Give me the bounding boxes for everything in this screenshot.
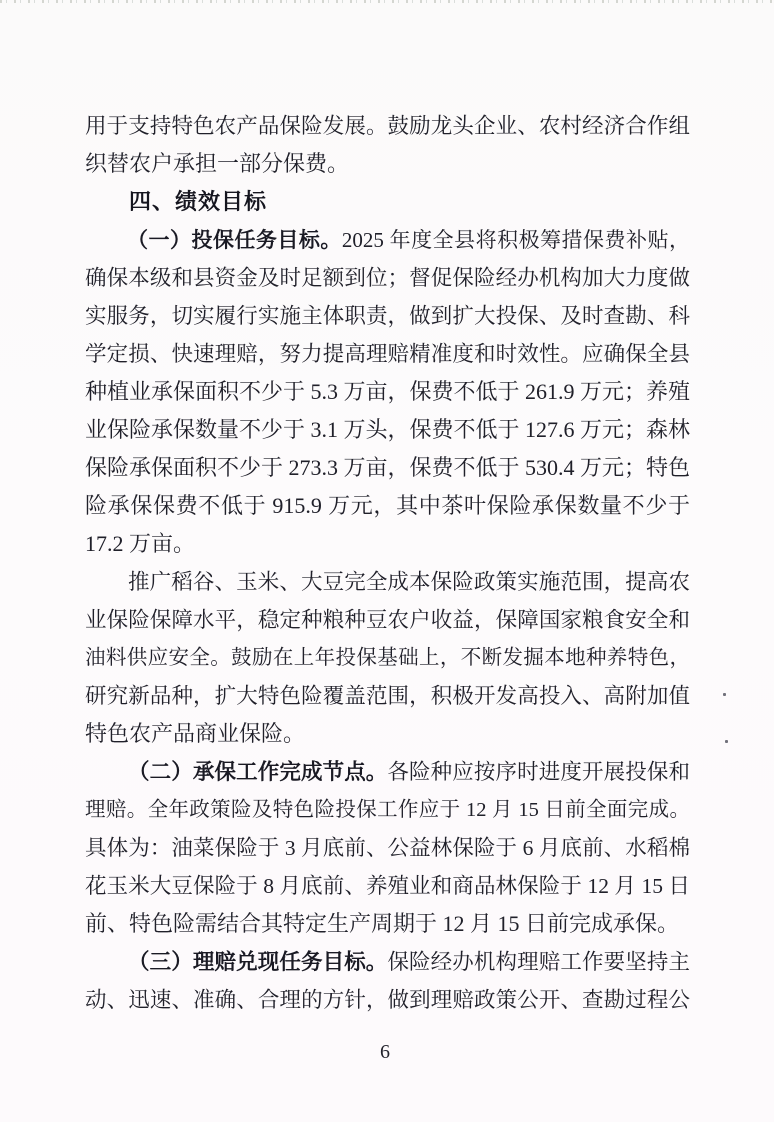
text-run: 具体为：油菜保险于 3 月底前、公益林保险于 6 月底前、水稻棉 <box>85 836 690 860</box>
text-run: 确保本级和县资金及时足额到位；督促保险经办机构加大力度做 <box>85 266 690 290</box>
text-run: 2025 年度全县将积极筹措保费补贴， <box>342 228 690 252</box>
text-run: 业保险保障水平，稳定种粮种豆农户收益，保障国家粮食安全和 <box>85 608 690 632</box>
text-line: 织替农户承担一部分保费。 <box>85 145 690 183</box>
text-run: 保险承保面积不少于 273.3 万亩，保费不低于 530.4 万元；特色 <box>85 455 690 480</box>
text-run: 实服务，切实履行实施主体职责，做到扩大投保、及时查勘、科 <box>85 304 690 328</box>
text-run: 业保险承保数量不少于 3.1 万头，保费不低于 127.6 万元；森林 <box>85 417 690 442</box>
text-line: 花玉米大豆保险于 8 月底前、养殖业和商品林保险于 12 月 15 日 <box>85 867 690 905</box>
text-line: 动、迅速、准确、合理的方针，做到理赔政策公开、查勘过程公 <box>85 981 690 1019</box>
text-line: 理赔。全年政策险及特色险投保工作应于 12 月 15 日前全面完成。 <box>85 791 690 829</box>
bold-run: （一）投保任务目标。 <box>127 228 342 252</box>
text-line: 学定损、快速理赔，努力提高理赔精准度和时效性。应确保全县 <box>85 335 690 373</box>
text-run: 种植业承保面积不少于 5.3 万亩，保费不低于 261.9 万元；养殖 <box>85 379 690 404</box>
text-line: 保险承保面积不少于 273.3 万亩，保费不低于 530.4 万元；特色 <box>85 449 690 487</box>
text-line: 险承保保费不低于 915.9 万元，其中茶叶保险承保数量不少于 <box>85 487 690 525</box>
text-line: 特色农产品商业保险。 <box>85 715 690 753</box>
text-line: 前、特色险需结合其特定生产周期于 12 月 15 日前完成承保。 <box>85 905 690 943</box>
text-run: 17.2 万亩。 <box>85 531 195 556</box>
text-line: （三）理赔兑现任务目标。保险经办机构理赔工作要坚持主 <box>85 943 690 981</box>
text-run: 织替农户承担一部分保费。 <box>85 151 349 176</box>
text-line: （一）投保任务目标。2025 年度全县将积极筹措保费补贴， <box>85 221 690 259</box>
text-run: 推广稻谷、玉米、大豆完全成本保险政策实施范围，提高农 <box>128 570 690 594</box>
text-line: 业保险承保数量不少于 3.1 万头，保费不低于 127.6 万元；森林 <box>85 411 690 449</box>
bold-run: 四、绩效目标 <box>129 189 267 214</box>
scan-speck <box>725 740 728 743</box>
text-run: 理赔。全年政策险及特色险投保工作应于 12 月 15 日前全面完成。 <box>85 799 690 821</box>
page-number: 6 <box>0 1040 770 1064</box>
text-line: 具体为：油菜保险于 3 月底前、公益林保险于 6 月底前、水稻棉 <box>85 829 690 867</box>
text-run: 油料供应安全。鼓励在上年投保基础上，不断发掘本地种养特色， <box>85 647 690 669</box>
text-run: 用于支持特色农产品保险发展。鼓励龙头企业、农村经济合作组 <box>85 114 690 138</box>
text-run: 保险经办机构理赔工作要坚持主 <box>387 950 690 974</box>
document-body: 用于支持特色农产品保险发展。鼓励龙头企业、农村经济合作组织替农户承担一部分保费。… <box>85 107 690 1019</box>
text-line: 油料供应安全。鼓励在上年投保基础上，不断发掘本地种养特色， <box>85 639 690 677</box>
bold-run: （二）承保工作完成节点。 <box>128 760 387 784</box>
text-line: 实服务，切实履行实施主体职责，做到扩大投保、及时查勘、科 <box>85 297 690 335</box>
scan-noise-edge <box>0 0 774 3</box>
text-run: 研究新品种，扩大特色险覆盖范围，积极开发高投入、高附加值 <box>85 684 690 708</box>
text-run: 各险种应按序时进度开展投保和 <box>387 760 690 784</box>
text-run: 学定损、快速理赔，努力提高理赔精准度和时效性。应确保全县 <box>85 342 690 366</box>
text-line: 业保险保障水平，稳定种粮种豆农户收益，保障国家粮食安全和 <box>85 601 690 639</box>
text-run: 特色农产品商业保险。 <box>85 721 305 746</box>
document-page: 用于支持特色农产品保险发展。鼓励龙头企业、农村经济合作组织替农户承担一部分保费。… <box>0 0 774 1122</box>
text-run: 花玉米大豆保险于 8 月底前、养殖业和商品林保险于 12 月 15 日 <box>85 874 690 898</box>
scan-speck <box>723 693 726 696</box>
text-line: 种植业承保面积不少于 5.3 万亩，保费不低于 261.9 万元；养殖 <box>85 373 690 411</box>
section-heading: 四、绩效目标 <box>85 183 690 221</box>
bold-run: （三）理赔兑现任务目标。 <box>128 950 387 974</box>
text-line: （二）承保工作完成节点。各险种应按序时进度开展投保和 <box>85 753 690 791</box>
text-line: 推广稻谷、玉米、大豆完全成本保险政策实施范围，提高农 <box>85 563 690 601</box>
text-line: 确保本级和县资金及时足额到位；督促保险经办机构加大力度做 <box>85 259 690 297</box>
text-line: 用于支持特色农产品保险发展。鼓励龙头企业、农村经济合作组 <box>85 107 690 145</box>
text-line: 17.2 万亩。 <box>85 525 690 563</box>
text-line: 研究新品种，扩大特色险覆盖范围，积极开发高投入、高附加值 <box>85 677 690 715</box>
text-run: 前、特色险需结合其特定生产周期于 12 月 15 日前完成承保。 <box>85 911 679 936</box>
text-run: 险承保保费不低于 915.9 万元，其中茶叶保险承保数量不少于 <box>85 493 690 518</box>
text-run: 动、迅速、准确、合理的方针，做到理赔政策公开、查勘过程公 <box>85 988 690 1012</box>
